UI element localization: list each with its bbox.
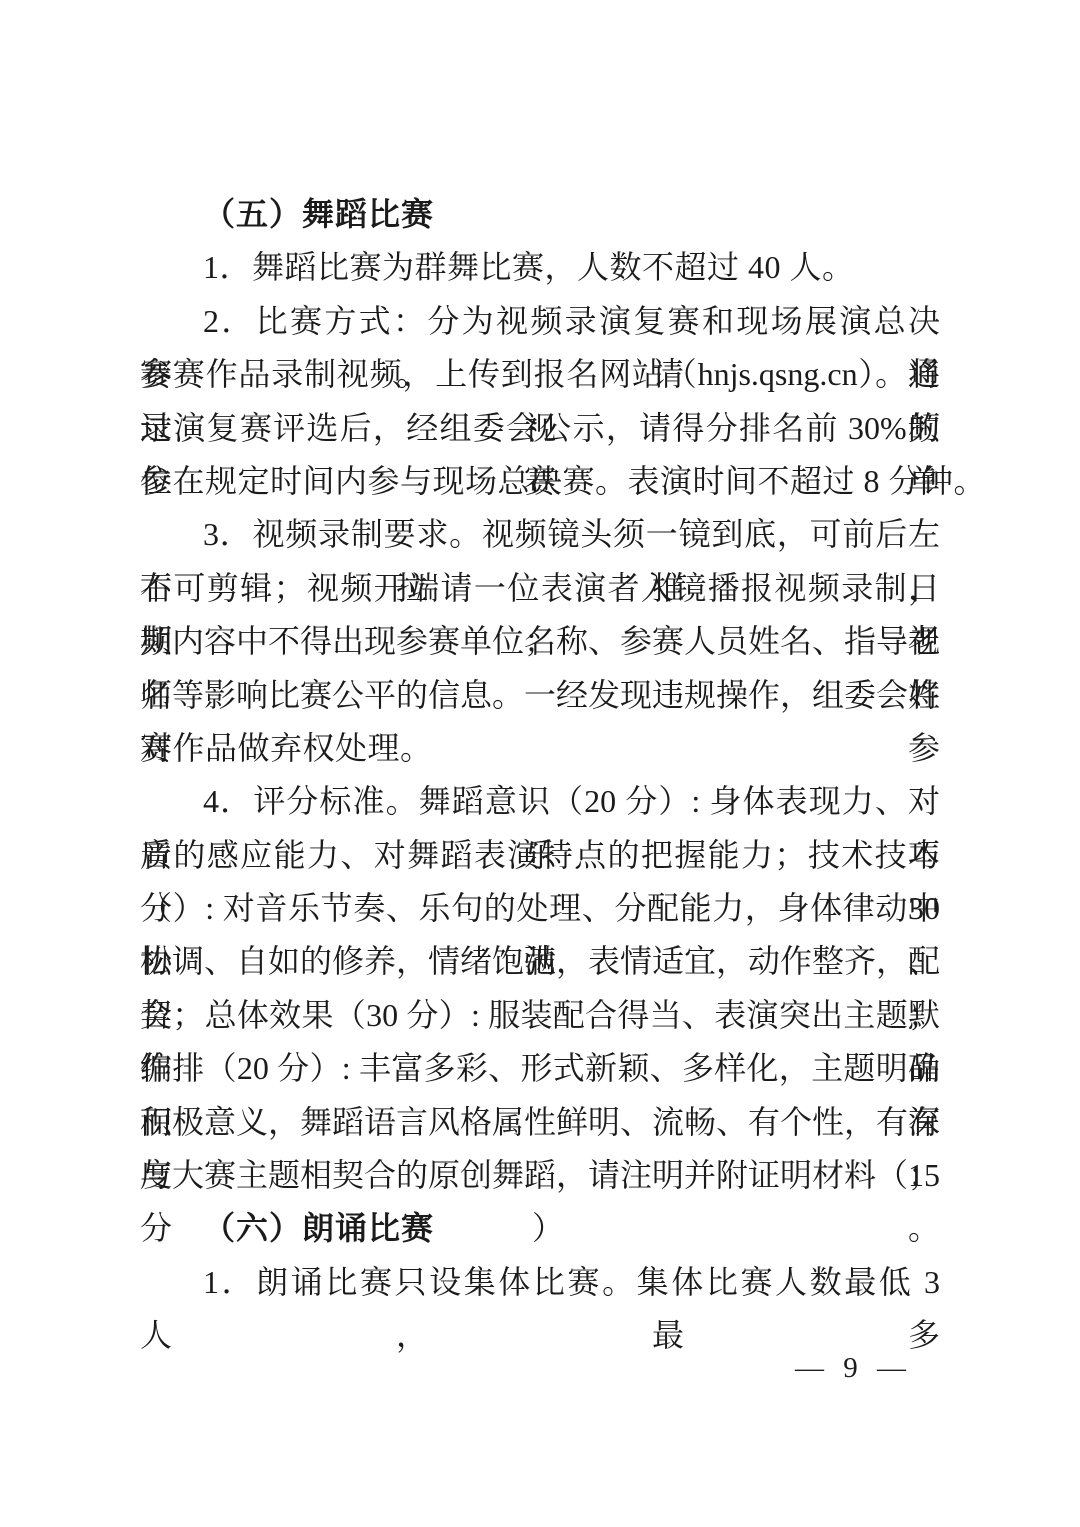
document-page: （五）舞蹈比赛1．舞蹈比赛为群舞比赛，人数不超过 40 人。2．比赛方式：分为视… — [0, 0, 1080, 1527]
text-line: 频内容中不得出现参赛单位名称、参赛人员姓名、指导老师姓 — [140, 615, 940, 668]
text-line: 分）: 对音乐节奏、乐句的处理、分配能力，身体律动中松弛、 — [140, 882, 940, 935]
text-line: 不可剪辑；视频开端请一位表演者入镜播报视频录制日期；视 — [140, 562, 940, 615]
page-number: — 9 — — [795, 1348, 912, 1388]
text-line: 2．比赛方式：分为视频录演复赛和现场展演总决赛。请将 — [140, 295, 940, 348]
text-line: 协调、自如的修养，情绪饱满，表情适宜，动作整齐，配合默 — [140, 935, 940, 988]
text-line: 1．朗诵比赛只设集体比赛。集体比赛人数最低 3 人，最多 — [140, 1256, 940, 1309]
text-line: 名等影响比赛公平的信息。一经发现违规操作，组委会将对参 — [140, 669, 940, 722]
text-line: 积极意义，舞蹈语言风格属性鲜明、流畅、有个性，有深度； — [140, 1096, 940, 1149]
text-line: 4．评分标准。舞蹈意识（20 分）: 身体表现力、对音乐本 — [140, 775, 940, 828]
text-line: 质的感应能力、对舞蹈表演特点的把握能力；技术技巧（30 — [140, 829, 940, 882]
text-line: 录演复赛评选后，经组委会公示，请得分排名前 30%的参赛单 — [140, 402, 940, 455]
text-line: 与大赛主题相契合的原创舞蹈，请注明并附证明材料（15 分）。 — [140, 1149, 940, 1202]
text-line: 1．舞蹈比赛为群舞比赛，人数不超过 40 人。 — [140, 241, 940, 294]
text-line: 3．视频录制要求。视频镜头须一镜到底，可前后左右拉推， — [140, 508, 940, 561]
document-body: （五）舞蹈比赛1．舞蹈比赛为群舞比赛，人数不超过 40 人。2．比赛方式：分为视… — [140, 188, 940, 1309]
text-line: 契；总体效果（30 分）: 服装配合得当、表演突出主题；作品 — [140, 989, 940, 1042]
text-line: 参赛作品录制视频，上传到报名网站（hnjs.qsng.cn）。通过视频 — [140, 348, 940, 401]
text-line: 编排（20 分）: 丰富多彩、形式新颖、多样化，主题明确而有 — [140, 1042, 940, 1095]
text-line: 位在规定时间内参与现场总决赛。表演时间不超过 8 分钟。 — [140, 455, 940, 508]
text-line: （五）舞蹈比赛 — [140, 188, 940, 241]
